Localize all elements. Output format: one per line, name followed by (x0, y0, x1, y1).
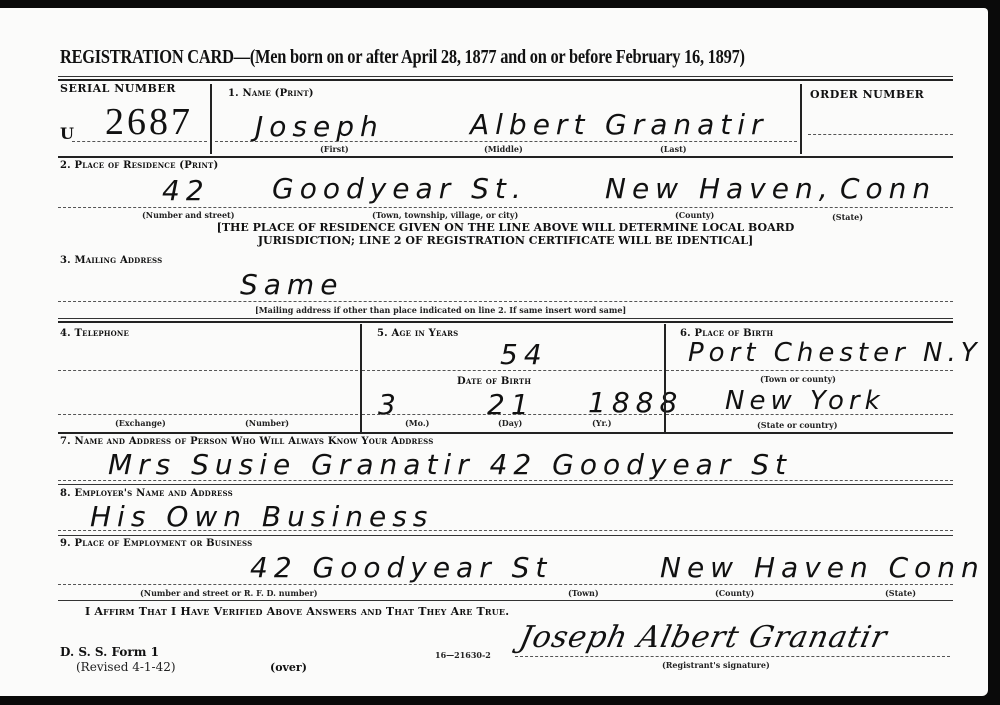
birthplace-state-sub: (State or country) (757, 420, 838, 430)
telephone-exchange-sub: (Exchange) (115, 418, 166, 428)
residence-notice: [THE PLACE OF RESIDENCE GIVEN ON THE LIN… (58, 221, 953, 247)
birthplace-town-sub: (Town or county) (760, 374, 836, 384)
dob-day-sub: (Day) (498, 418, 522, 428)
serial-number-label: SERIAL NUMBER (60, 82, 176, 95)
residence-label: 2. Place of Residence (Print) (60, 160, 218, 171)
employment-town-sub: (Town) (568, 588, 599, 598)
notice-line-1: [THE PLACE OF RESIDENCE GIVEN ON THE LIN… (58, 221, 953, 234)
dob-month-sub: (Mo.) (405, 418, 429, 428)
mailing-note: [Mailing address if other than place ind… (255, 305, 626, 315)
form-print-code: 16—21630-2 (435, 650, 491, 660)
divider (58, 76, 953, 77)
order-number-label: ORDER NUMBER (810, 88, 924, 101)
employer-value: His Own Business (90, 500, 433, 533)
name-middle-value: Albert (470, 108, 590, 141)
notice-line-2: JURISDICTION; LINE 2 OF REGISTRATION CER… (58, 234, 953, 247)
employment-county-sub: (County) (715, 588, 754, 598)
name-first-sub: (First) (320, 144, 349, 154)
form-revised: (Revised 4-1-42) (76, 660, 176, 674)
name-first-value: Joseph (255, 110, 384, 143)
serial-number-value: 2687 (105, 100, 193, 144)
residence-county-sub: (County) (675, 210, 714, 220)
residence-number-sub: (Number and street) (142, 210, 235, 220)
card-title: REGISTRATION CARD—(Men born on or after … (60, 46, 745, 69)
birthplace-state-value: New York (725, 386, 885, 416)
residence-town-sub: (Town, township, village, or city) (372, 210, 518, 220)
employer-label: 8. Employer's Name and Address (60, 488, 233, 499)
mailing-label: 3. Mailing Address (60, 255, 162, 266)
registrant-signature: Joseph Albert Granatir (516, 620, 890, 655)
name-middle-sub: (Middle) (484, 144, 523, 154)
age-value: 54 (500, 338, 548, 371)
affirmation-text: I Affirm That I Have Verified Above Answ… (85, 605, 509, 618)
employment-street-value: 42 Goodyear St (250, 551, 552, 584)
age-label: 5. Age in Years (377, 328, 458, 339)
residence-number-value: 42 (162, 174, 210, 207)
form-id: D. S. S. Form 1 (60, 645, 159, 659)
dob-day-value: 21 (487, 388, 535, 421)
birthplace-town-value: Port Chester N.Y (688, 338, 982, 368)
employment-street-sub: (Number and street or R. F. D. number) (140, 588, 318, 598)
contact-value: Mrs Susie Granatir 42 Goodyear St (108, 448, 792, 481)
telephone-number-sub: (Number) (245, 418, 289, 428)
dob-month-value: 3 (378, 388, 402, 421)
name-last-sub: (Last) (660, 144, 687, 154)
name-label: 1. Name (Print) (228, 88, 314, 99)
dob-year-sub: (Yr.) (592, 418, 612, 428)
registration-card: REGISTRATION CARD—(Men born on or after … (0, 8, 988, 696)
residence-street-value: Goodyear St. (272, 172, 527, 205)
telephone-label: 4. Telephone (60, 328, 129, 339)
employment-place-label: 9. Place of Employment or Business (60, 538, 252, 549)
contact-label: 7. Name and Address of Person Who Will A… (60, 436, 433, 447)
residence-state-value: Conn (840, 172, 936, 205)
employment-town-value: New Haven Conn (660, 551, 985, 584)
divider (58, 79, 953, 81)
name-last-value: Granatir (605, 108, 769, 141)
form-over: (over) (270, 661, 307, 674)
mailing-value: Same (240, 268, 343, 301)
employment-state-sub: (State) (885, 588, 916, 598)
residence-city-value: New Haven, (605, 172, 834, 205)
signature-sub: (Registrant's signature) (662, 660, 770, 670)
dob-label: Date of Birth (457, 376, 531, 387)
